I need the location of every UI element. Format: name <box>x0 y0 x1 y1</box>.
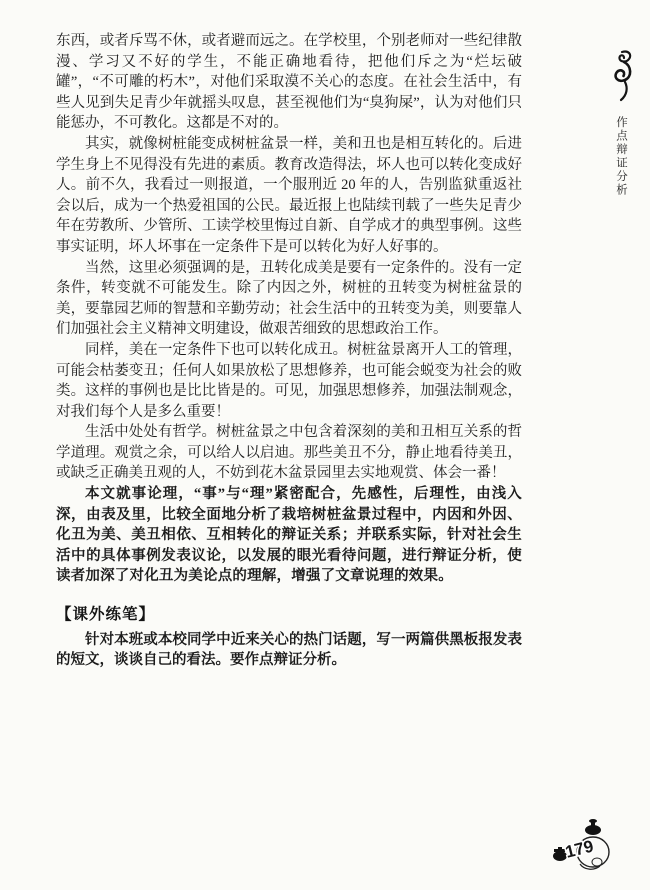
exercise-section: 【课外练笔】 针对本班或本校同学中近来关心的热门话题，写一两篇供黑板报发表的短文… <box>56 605 522 671</box>
body-text-column: 东西，或者斥骂不休，或者避而远之。在学校里，个别老师对一些纪律散漫、学习又不好的… <box>56 31 522 671</box>
margin-caption: 作点辩证分析 <box>613 116 629 197</box>
section-header: 【课外练笔】 <box>56 605 522 626</box>
paragraph: 生活中处处有哲学。树桩盆景之中包含着深刻的美和丑相互关系的哲学道理。观赏之余，可… <box>56 422 522 484</box>
page-number: 179 <box>563 837 595 862</box>
paragraph: 其实，就像树桩能变成树桩盆景一样，美和丑也是相互转化的。后进学生身上不见得没有先… <box>56 134 522 258</box>
book-page: 东西，或者斥骂不休，或者避而远之。在学校里，个别老师对一些纪律散漫、学习又不好的… <box>0 0 650 890</box>
exercise-text: 针对本班或本校同学中近来关心的热门话题，写一两篇供黑板报发表的短文，谈谈自己的看… <box>56 630 522 671</box>
flourish-ornament-icon <box>611 50 633 102</box>
paragraph: 同样，美在一定条件下也可以转化成丑。树桩盆景离开人工的管理，可能会枯萎变丑；任何… <box>56 340 522 422</box>
page-number-decoration: 179 <box>550 818 620 878</box>
commentary-paragraph: 本文就事论理，“事”与“理”紧密配合，先感性，后理性，由浅入深，由表及里，比较全… <box>56 484 522 587</box>
paragraph-continuation: 东西，或者斥骂不休，或者避而远之。在学校里，个别老师对一些纪律散漫、学习又不好的… <box>56 31 522 134</box>
paragraph: 当然，这里必须强调的是，丑转化成美是要有一定条件的。没有一定条件，转变就不可能发… <box>56 258 522 340</box>
